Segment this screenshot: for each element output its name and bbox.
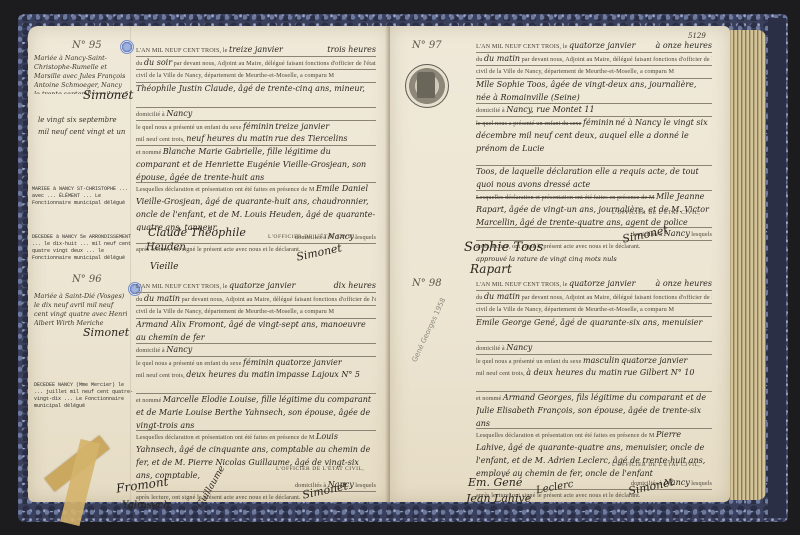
- child-name: Blanche Marie Gabrielle, fille légitime …: [136, 147, 366, 182]
- act-number: N° 96: [72, 274, 102, 285]
- margin-note-date: le vingt six septembre mil neuf cent vin…: [38, 114, 126, 138]
- child-name: Marcelle Elodie Louise, fille légitime d…: [136, 395, 371, 430]
- declarant: Armand Alix Fromont, âgé de vingt-sept a…: [136, 320, 366, 342]
- signature-witness: Jean Lahive: [466, 492, 531, 505]
- act-date: quatorze janvier: [569, 279, 635, 288]
- right-page: 5129 N° 97 L'AN MIL NEUF CENT TROIS, le …: [390, 26, 730, 502]
- marbled-cover-edge: [768, 18, 786, 518]
- pencil-note: Gené Georges 1958: [411, 297, 448, 364]
- child-name: Armand Georges, fils légitime du compara…: [476, 393, 706, 428]
- signature-declarant: Sophie Toos: [464, 240, 543, 255]
- act-number: N° 97: [412, 40, 442, 51]
- margin-stamp-death: DÉCÉDÉE NANCY (Mme Mercier) le ... juill…: [34, 382, 134, 414]
- act-95: L'AN MIL NEUF CENT TROIS, le treize janv…: [136, 44, 376, 256]
- republic-seal-stamp: [405, 64, 449, 108]
- act-date: quatorze janvier: [229, 281, 295, 290]
- officer-label: L'OFFICIER DE L'ÉTAT CIVIL,: [612, 210, 700, 216]
- act-number: N° 95: [72, 40, 102, 51]
- officer-label: L'OFFICIER DE L'ÉTAT CIVIL,: [268, 234, 356, 240]
- blue-stamp-icon: [120, 40, 134, 54]
- child-name: Toos, de laquelle déclaration elle a req…: [476, 167, 699, 189]
- signature-witness: Yahnsech: [122, 500, 170, 511]
- left-page: N° 95 Mariée à Nancy-Saint-Christophe-Ru…: [28, 26, 390, 502]
- act-date: treize janvier: [229, 45, 283, 54]
- declarant: Emile George Gené, âgé de quarante-six a…: [476, 318, 702, 327]
- declarant: Mlle Sophie Toos, âgée de vingt-deux ans…: [476, 80, 696, 102]
- margin-stamp-death: DÉCÉDÉE à NANCY 5e ARRONDISSEMENT ... le…: [32, 234, 132, 268]
- signature-witness: Rapart: [470, 262, 512, 276]
- margin-signature: Simonet: [83, 88, 133, 102]
- signature-declarant: Claude Théophile: [148, 226, 246, 239]
- margin-signature: Simonet: [83, 326, 129, 339]
- act-98: L'AN MIL NEUF CENT TROIS, le quatorze ja…: [476, 278, 712, 502]
- margin-stamp-marriage: MARIÉE à NANCY ST-CHRISTOPHE ... avec ..…: [32, 186, 132, 220]
- signature-witness: Heuden: [146, 242, 186, 253]
- page-edges: [730, 30, 766, 500]
- signature-declarant: Em. Gené: [468, 476, 522, 489]
- signature-witness: Vieille: [150, 262, 179, 272]
- act-date: quatorze janvier: [569, 41, 635, 50]
- officer-label: L'OFFICIER DE L'ÉTAT CIVIL,: [612, 462, 700, 468]
- act-number: N° 98: [412, 278, 442, 289]
- act-97: L'AN MIL NEUF CENT TROIS, le quatorze ja…: [476, 40, 712, 265]
- declarant: Théophile Justin Claude, âgé de trente-c…: [136, 84, 365, 93]
- officer-label: L'OFFICIER DE L'ÉTAT CIVIL,: [276, 466, 364, 472]
